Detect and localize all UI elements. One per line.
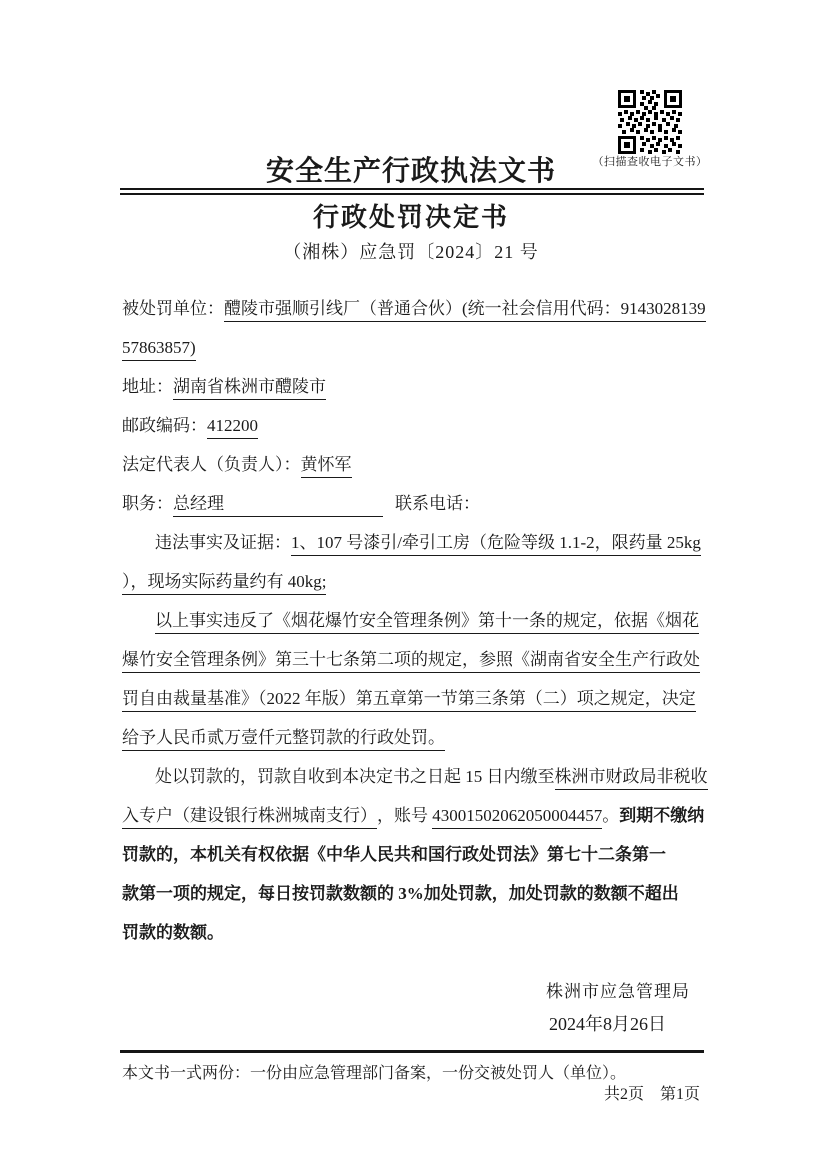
payment-line-2: 入专户（建设银行株洲城南支行） ，账号 43001502062050004457… [122, 803, 700, 829]
payment-warning-line-2: 罚款的，本机关有权依据《中华人民共和国行政处罚法》第七十二条第一 [122, 842, 700, 868]
payment-text-plain-2: ，账号 [377, 803, 432, 829]
field-label-postcode: 邮政编码： [122, 413, 207, 439]
qr-code-graphic [618, 90, 682, 154]
header-divider [120, 188, 704, 195]
decision-text-2: 爆竹安全管理条例》第三十七条第二项的规定，参照《湖南省安全生产行政处 [122, 647, 700, 673]
footer-note: 本文书一式两份：一份由应急管理部门备案，一份交被处罚人（单位）。 [122, 1060, 626, 1083]
decision-line-1: 以上事实违反了《烟花爆竹安全管理条例》第十一条的规定，依据《烟花 [122, 608, 700, 634]
facts-line-2: ），现场实际药量约有 40kg; [122, 569, 700, 595]
penalty-decision-document: （扫描查收电子文书） 安全生产行政执法文书 行政处罚决定书 （湘株）应急罚〔20… [0, 0, 822, 1165]
decision-text-4: 给予人民币贰万壹仟元整罚款的行政处罚。 [122, 725, 445, 751]
field-line-legal-rep: 法定代表人（负责人）： 黄怀军 [122, 452, 700, 478]
paragraph-indent [122, 530, 155, 556]
payment-text-plain-1: 处以罚款的，罚款自收到本决定书之日起 15 日内缴至 [155, 764, 555, 790]
document-number: （湘株）应急罚〔2024〕21 号 [122, 238, 700, 264]
payment-warning-text-2: 罚款的，本机关有权依据《中华人民共和国行政处罚法》第七十二条第一 [122, 842, 666, 868]
payment-payee-part-2: 入专户（建设银行株洲城南支行） [122, 803, 377, 829]
facts-line-1: 违法事实及证据： 1、107 号漆引/牵引工房（危险等级 1.1-2，限药量 2… [122, 530, 700, 556]
paragraph-indent [122, 608, 155, 634]
field-value-address: 湖南省株洲市醴陵市 [173, 374, 326, 400]
facts-value-2: ），现场实际药量约有 40kg; [122, 569, 326, 595]
paragraph-indent [122, 764, 155, 790]
field-line-position-phone: 职务： 总经理 联系电话： [122, 491, 700, 517]
decision-text-3: 罚自由裁量基准》（2022 年版）第五章第一节第三条第（二）项之规定，决定 [122, 686, 696, 712]
decision-line-3: 罚自由裁量基准》（2022 年版）第五章第一节第三条第（二）项之规定，决定 [122, 686, 700, 712]
facts-label: 违法事实及证据： [155, 530, 291, 556]
payment-warning-line-4: 罚款的数额。 [122, 920, 700, 946]
field-value-legal-rep: 黄怀军 [301, 452, 352, 478]
field-label-unit: 被处罚单位： [122, 296, 224, 322]
field-label-address: 地址： [122, 374, 173, 400]
decision-text-1: 以上事实违反了《烟花爆竹安全管理条例》第十一条的规定，依据《烟花 [155, 608, 699, 634]
field-label-position: 职务： [122, 491, 173, 517]
decision-date: 2024年8月26日 [549, 1010, 666, 1036]
field-gap [383, 491, 395, 517]
qr-code-icon [618, 90, 682, 154]
facts-value-1: 1、107 号漆引/牵引工房（危险等级 1.1-2，限药量 25kg [291, 530, 701, 556]
doc-type-title: 安全生产行政执法文书 [122, 149, 700, 189]
payment-warning-text-3: 款第一项的规定，每日按罚款数额的 3%加处罚款，加处罚款的数额不超出 [122, 881, 679, 907]
document-title: 行政处罚决定书 [122, 197, 700, 234]
payment-text-plain-3: 。 [602, 803, 619, 829]
field-value-position: 总经理 [173, 491, 383, 517]
field-line-unit: 被处罚单位： 醴陵市强顺引线厂（普通合伙）(统一社会信用代码：914302813… [122, 296, 700, 322]
payment-warning-line-3: 款第一项的规定，每日按罚款数额的 3%加处罚款，加处罚款的数额不超出 [122, 881, 700, 907]
field-label-phone: 联系电话： [395, 491, 480, 517]
issuing-authority: 株洲市应急管理局 [546, 977, 690, 1002]
footer-divider [120, 1050, 704, 1053]
field-value-unit-continued: 57863857) [122, 335, 196, 361]
field-value-unit: 醴陵市强顺引线厂（普通合伙）(统一社会信用代码：9143028139 [224, 296, 706, 322]
payment-warning-start: 到期不缴纳 [619, 803, 704, 829]
field-line-unit-continued: 57863857) [122, 335, 700, 361]
decision-line-2: 爆竹安全管理条例》第三十七条第二项的规定，参照《湖南省安全生产行政处 [122, 647, 700, 673]
field-value-postcode: 412200 [207, 413, 258, 439]
decision-line-4: 给予人民币贰万壹仟元整罚款的行政处罚。 [122, 725, 700, 751]
page-indicator: 共2页 第1页 [122, 1081, 700, 1104]
field-line-postcode: 邮政编码： 412200 [122, 413, 700, 439]
field-label-legal-rep: 法定代表人（负责人）： [122, 452, 301, 478]
payment-line-1: 处以罚款的，罚款自收到本决定书之日起 15 日内缴至 株洲市财政局非税收 [122, 764, 700, 790]
payment-warning-text-4: 罚款的数额。 [122, 920, 224, 946]
payment-payee-part-1: 株洲市财政局非税收 [555, 764, 708, 790]
payment-account-number: 43001502062050004457 [432, 803, 602, 829]
field-line-address: 地址： 湖南省株洲市醴陵市 [122, 374, 700, 400]
